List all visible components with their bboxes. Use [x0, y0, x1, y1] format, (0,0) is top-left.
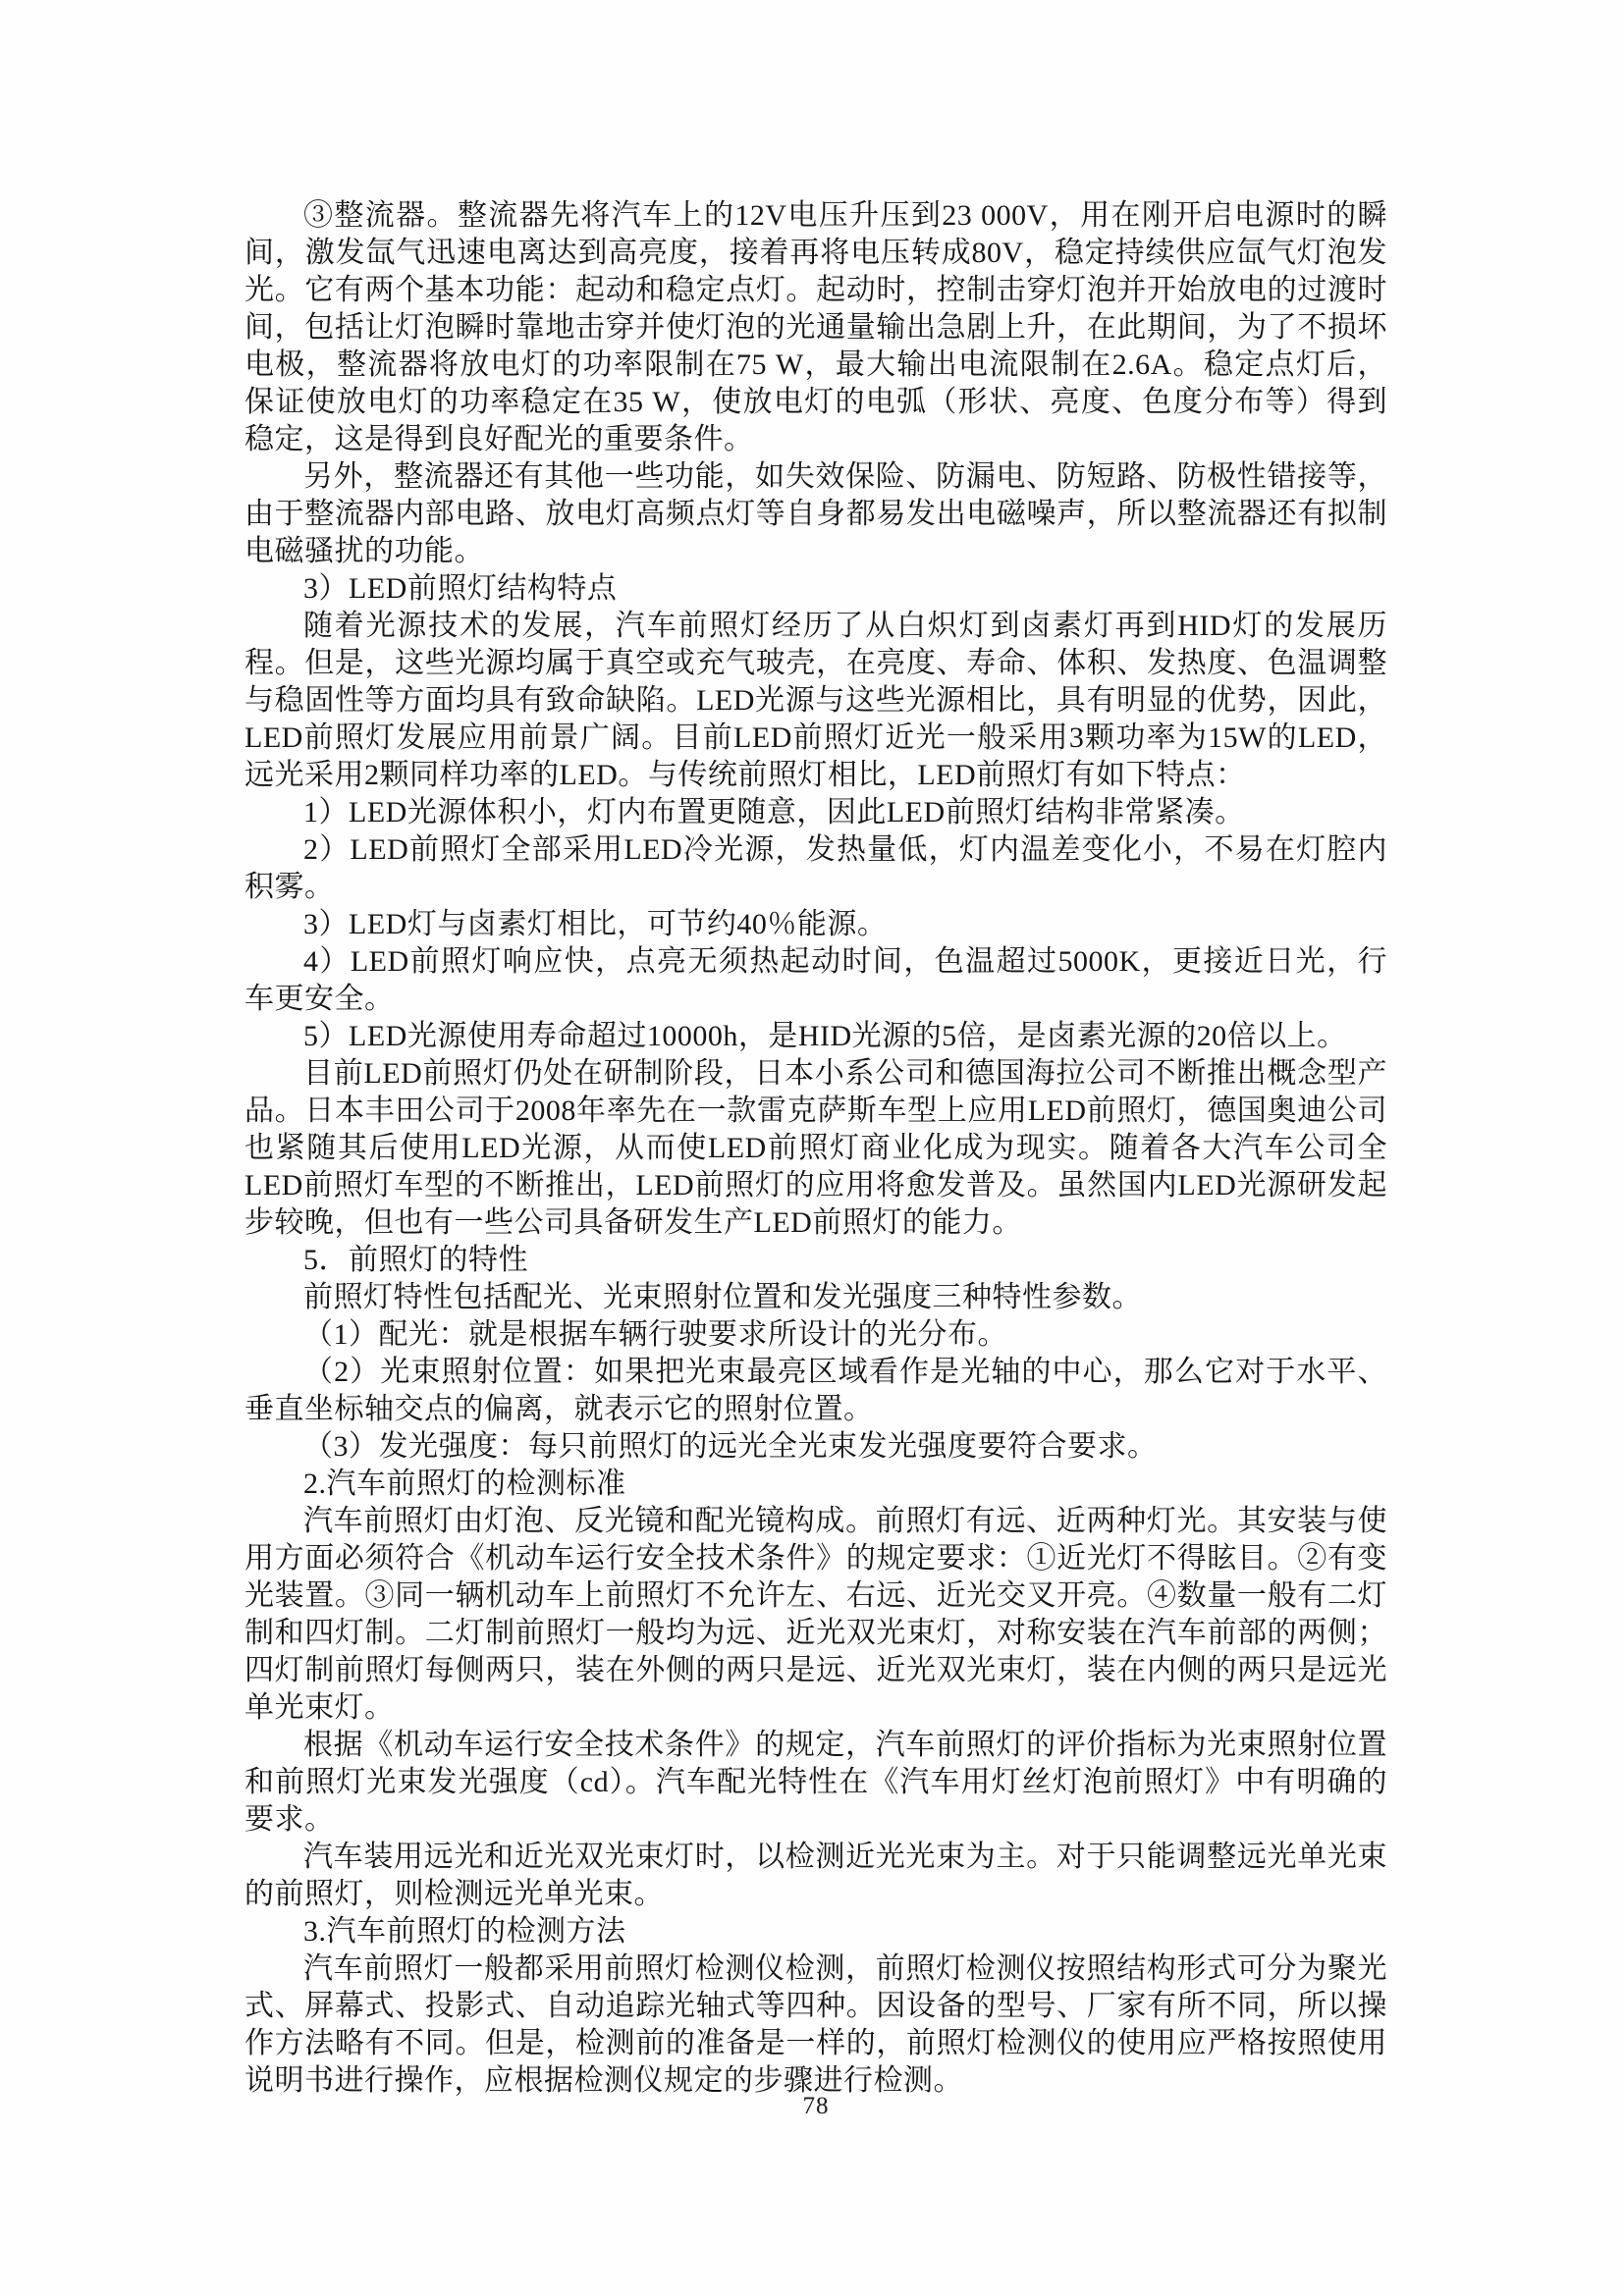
- paragraph-characteristic-parameters: 前照灯特性包括配光、光束照射位置和发光强度三种特性参数。: [244, 1279, 1387, 1316]
- page-footer: 78: [244, 2093, 1387, 2120]
- list-item-led-feature-3: 3）LED灯与卤素灯相比，可节约40％能源。: [244, 906, 1387, 943]
- paragraph-beam-detection-priority: 汽车装用远光和近光双光束灯时，以检测近光光束为主。对于只能调整远光单光束的前照灯…: [244, 1839, 1387, 1913]
- document-page: ③整流器。整流器先将汽车上的12V电压升压到23 000V，用在刚开启电源时的瞬…: [0, 0, 1624, 2296]
- heading-led-headlamp-structure: 3）LED前照灯结构特点: [244, 570, 1387, 608]
- list-item-led-feature-2: 2）LED前照灯全部采用LED冷光源，发热量低，灯内温差变化小，不易在灯腔内积雾…: [244, 831, 1387, 906]
- paragraph-detection-standard-requirements: 汽车前照灯由灯泡、反光镜和配光镜构成。前照灯有远、近两种灯光。其安装与使用方面必…: [244, 1503, 1387, 1727]
- paragraph-rectifier-function: ③整流器。整流器先将汽车上的12V电压升压到23 000V，用在刚开启电源时的瞬…: [244, 197, 1387, 458]
- heading-headlamp-characteristics: 5．前照灯的特性: [244, 1242, 1387, 1279]
- list-item-led-feature-4: 4）LED前照灯响应快，点亮无须热起动时间，色温超过5000K，更接近日光，行车…: [244, 943, 1387, 1018]
- page-number: 78: [803, 2093, 830, 2119]
- list-item-led-feature-5: 5）LED光源使用寿命超过10000h，是HID光源的5倍，是卤素光源的20倍以…: [244, 1018, 1387, 1055]
- paragraph-detection-instrument-types: 汽车前照灯一般都采用前照灯检测仪检测，前照灯检测仪按照结构形式可分为聚光式、屏幕…: [244, 1950, 1387, 2100]
- paragraph-led-development-status: 目前LED前照灯仍处在研制阶段，日本小系公司和德国海拉公司不断推出概念型产品。日…: [244, 1055, 1387, 1242]
- paragraph-rectifier-other-functions: 另外，整流器还有其他一些功能，如失效保险、防漏电、防短路、防极性错接等，由于整流…: [244, 458, 1387, 570]
- heading-detection-standard: 2.汽车前照灯的检测标准: [244, 1466, 1387, 1503]
- list-item-led-feature-1: 1）LED光源体积小，灯内布置更随意，因此LED前照灯结构非常紧凑。: [244, 794, 1387, 831]
- list-item-characteristic-3: （3）发光强度：每只前照灯的远光全光束发光强度要符合要求。: [244, 1428, 1387, 1466]
- heading-detection-method: 3.汽车前照灯的检测方法: [244, 1913, 1387, 1950]
- list-item-characteristic-2: （2）光束照射位置：如果把光束最亮区域看作是光轴的中心，那么它对于水平、垂直坐标…: [244, 1354, 1387, 1428]
- paragraph-evaluation-indicators: 根据《机动车运行安全技术条件》的规定，汽车前照灯的评价指标为光束照射位置和前照灯…: [244, 1727, 1387, 1839]
- list-item-characteristic-1: （1）配光：就是根据车辆行驶要求所设计的光分布。: [244, 1316, 1387, 1354]
- page-body-text: ③整流器。整流器先将汽车上的12V电压升压到23 000V，用在刚开启电源时的瞬…: [244, 197, 1387, 2100]
- paragraph-light-source-history: 随着光源技术的发展，汽车前照灯经历了从白炽灯到卤素灯再到HID灯的发展历程。但是…: [244, 608, 1387, 794]
